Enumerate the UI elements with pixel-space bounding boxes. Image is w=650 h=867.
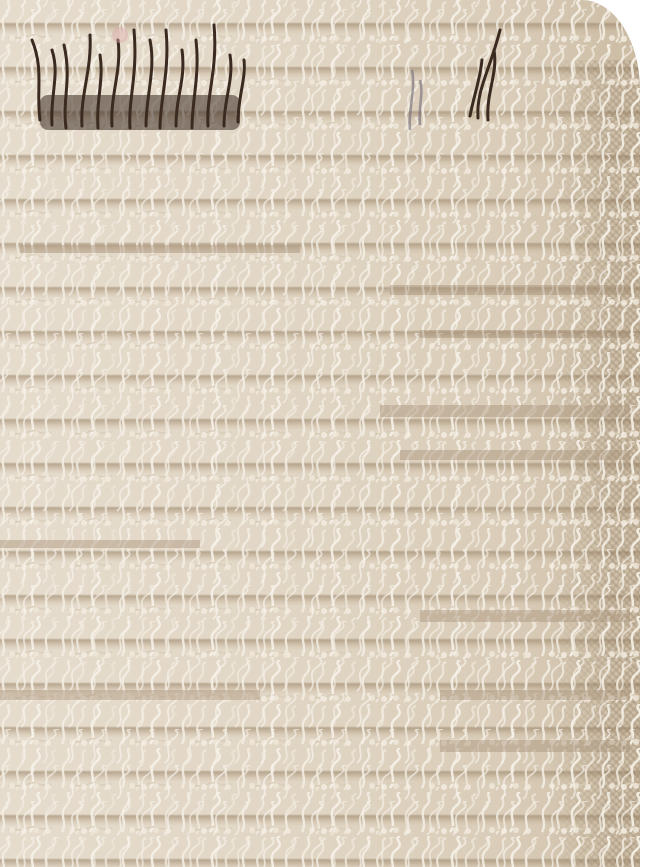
- dark-tuft-base: [40, 95, 240, 130]
- wool-pile-texture: [0, 0, 640, 867]
- pink-stain: [112, 27, 128, 43]
- rug-photo: [0, 0, 640, 867]
